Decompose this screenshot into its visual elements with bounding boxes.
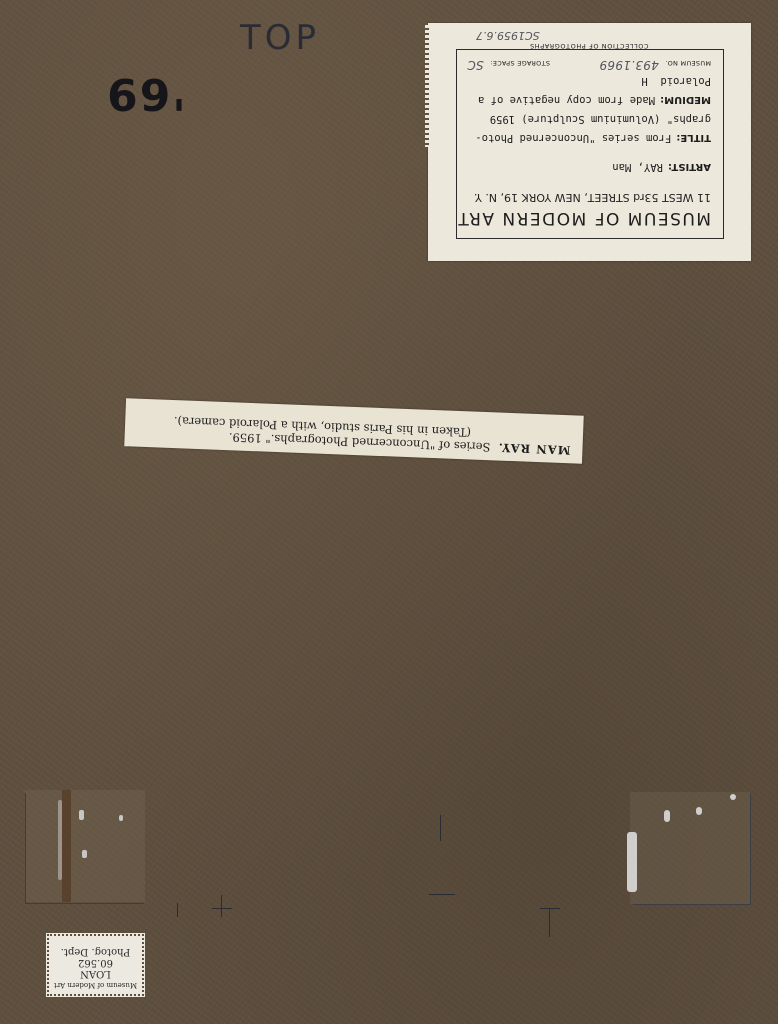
museum-storage-row: MUSEUM NO. 493.1969 STORAGE SPACE: SC xyxy=(467,58,711,72)
storage-label: STORAGE SPACE: xyxy=(490,59,550,67)
pencil-tick-mark xyxy=(212,908,232,909)
loan-stamp-text: Museum of Modern Art LOAN 60.562 Photog.… xyxy=(48,935,143,995)
title-value: From series "Unconcerned Photo- graphs" … xyxy=(475,113,711,144)
accession-number: SC1959.6.7 xyxy=(476,29,540,42)
loan-number: 60.562 xyxy=(48,957,143,968)
title-label: TITLE: xyxy=(676,132,711,143)
moma-catalog-label: SC1959.6.7 MUSEUM OF MODERN ART 11 WEST … xyxy=(428,23,751,261)
museum-name: MUSEUM OF MODERN ART xyxy=(467,208,711,228)
handwritten-top-mark: TOP xyxy=(240,18,320,58)
pencil-corner-guide-left xyxy=(25,793,144,904)
storage-field: STORAGE SPACE: SC xyxy=(467,58,550,72)
loan-stamp: Museum of Modern Art LOAN 60.562 Photog.… xyxy=(48,935,143,995)
storage-value: SC xyxy=(467,58,484,72)
museum-address: 11 WEST 53rd STREET, NEW YORK 19, N. Y. xyxy=(467,191,711,204)
pencil-tick-mark xyxy=(540,908,560,909)
label-box: MUSEUM OF MODERN ART 11 WEST 53rd STREET… xyxy=(456,49,724,239)
medium-row: MEDIUM: Made from copy negative of a Pol… xyxy=(467,74,711,112)
caption-artist: MAN RAY. xyxy=(497,441,570,458)
collection-name: COLLECTION OF PHOTOGRAPHS xyxy=(467,42,711,50)
artist-value: RAY, Man xyxy=(612,161,663,173)
loan-type: LOAN xyxy=(48,968,143,979)
loan-department: Photog. Dept. xyxy=(48,946,143,957)
pencil-tick-mark xyxy=(549,909,550,937)
pencil-corner-guide-right xyxy=(633,794,751,905)
pencil-tick-mark xyxy=(221,895,222,917)
medium-label: MEDIUM: xyxy=(660,94,711,105)
handwritten-year-mark: '69 xyxy=(105,68,186,119)
pencil-tick-mark xyxy=(440,815,441,841)
title-row: TITLE: From series "Unconcerned Photo- g… xyxy=(467,112,711,150)
museum-no-value: 493.1969 xyxy=(599,58,659,72)
pencil-tick-mark xyxy=(177,903,178,917)
museum-no-field: MUSEUM NO. 493.1969 xyxy=(599,58,711,72)
museum-no-label: MUSEUM NO. xyxy=(665,59,711,67)
artist-label: ARTIST: xyxy=(668,161,711,172)
artist-row: ARTIST: RAY, Man xyxy=(467,160,711,179)
loan-institution: Museum of Modern Art xyxy=(48,979,143,990)
perforated-edge xyxy=(425,25,429,147)
pencil-tick-mark xyxy=(429,894,455,895)
